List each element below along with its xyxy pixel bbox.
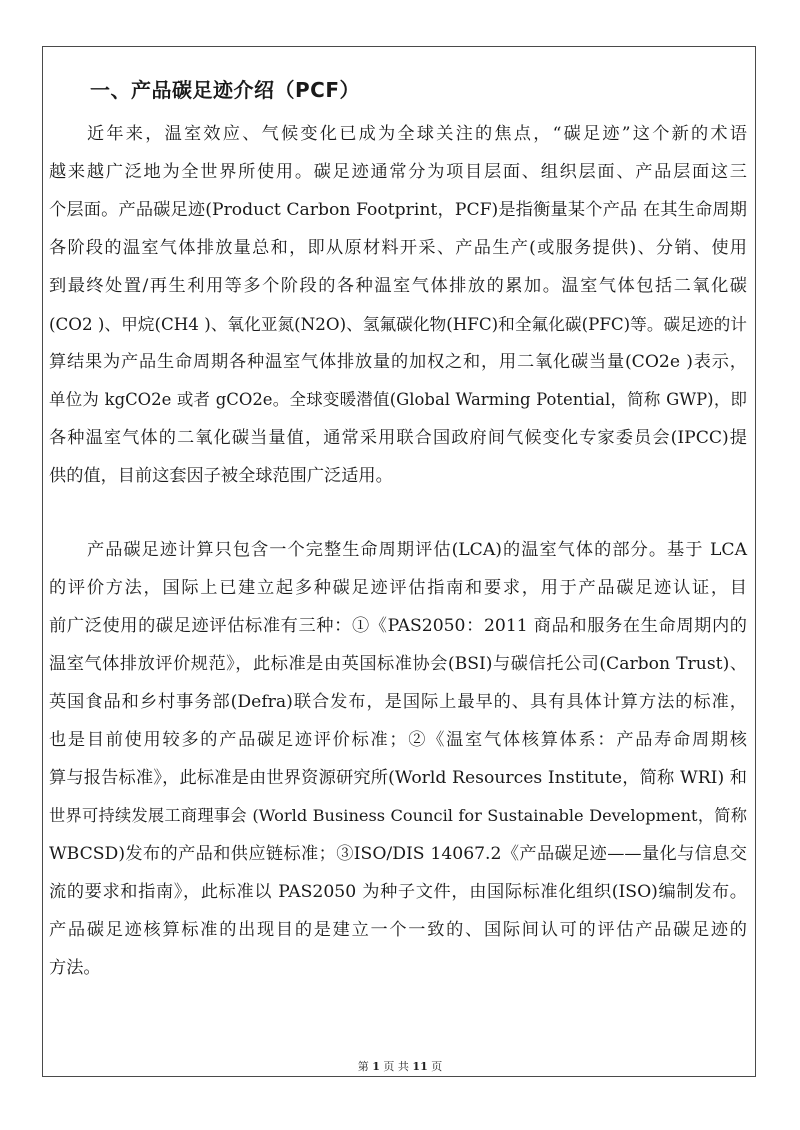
text-line: 世界可持续发展工商理事会 (World Business Council for… [49,804,747,828]
footer-suffix: 页 [431,1060,442,1073]
text-line: 也是目前使用较多的产品碳足迹评价标准；②《温室气体核算体系：产品寿命周期核 [49,728,747,752]
text-line: 个层面。产品碳足迹(Product Carbon Footprint，PCF)是… [49,198,747,222]
text-line: 产品碳足迹计算只包含一个完整生命周期评估(LCA)的温室气体的部分。基于 LCA [87,538,747,562]
text-line: 的评价方法，国际上已建立起多种碳足迹评估指南和要求，用于产品碳足迹认证，目 [49,576,747,600]
text-line: WBCSD)发布的产品和供应链标准；③ISO/DIS 14067.2《产品碳足迹… [49,842,747,866]
text-line: 流的要求和指南》，此标准以 PAS2050 为种子文件，由国际标准化组织(ISO… [49,880,747,904]
text-line: 各种温室气体的二氧化碳当量值，通常采用联合国政府间气候变化专家委员会(IPCC)… [49,426,747,450]
page-footer: 第 1 页 共 11 页 [0,1058,800,1074]
text-line: 到最终处置/再生利用等多个阶段的各种温室气体排放的累加。温室气体包括二氧化碳 [49,274,747,298]
total-pages-number: 11 [412,1060,427,1073]
footer-middle: 页 共 [383,1060,409,1073]
text-line: 供的值，目前这套因子被全球范围广泛适用。 [49,464,747,488]
text-line: 温室气体排放评价规范》，此标准是由英国标准协会(BSI)与碳信托公司(Carbo… [49,652,747,676]
text-line: 前广泛使用的碳足迹评估标准有三种：①《PAS2050：2011 商品和服务在生命… [49,614,747,638]
footer-prefix: 第 [358,1060,369,1073]
text-line: (CO2 )、甲烷(CH4 )、氧化亚氮(N2O)、氢氟碳化物(HFC)和全氟化… [49,312,747,336]
text-line: 近年来，温室效应、气候变化已成为全球关注的焦点，“碳足迹”这个新的术语 [87,122,747,146]
text-line: 越来越广泛地为全世界所使用。碳足迹通常分为项目层面、组织层面、产品层面这三 [49,160,747,184]
text-line: 英国食品和乡村事务部(Defra)联合发布，是国际上最早的、具有具体计算方法的标… [49,690,747,714]
text-line: 算与报告标准》，此标准是由世界资源研究所(World Resources Ins… [49,766,747,790]
text-line: 各阶段的温室气体排放量总和，即从原材料开采、产品生产(或服务提供)、分销、使用 [49,236,747,260]
text-line: 单位为 kgCO2e 或者 gCO2e。全球变暖潜值(Global Warmin… [49,388,747,412]
text-line: 产品碳足迹核算标准的出现目的是建立一个一致的、国际间认可的评估产品碳足迹的 [49,918,747,942]
section-title: 一、产品碳足迹介绍（PCF） [90,74,360,103]
text-line: 算结果为产品生命周期各种温室气体排放量的加权之和，用二氧化碳当量(CO2e )表… [49,350,747,374]
current-page-number: 1 [372,1060,380,1073]
text-line: 方法。 [49,956,747,980]
